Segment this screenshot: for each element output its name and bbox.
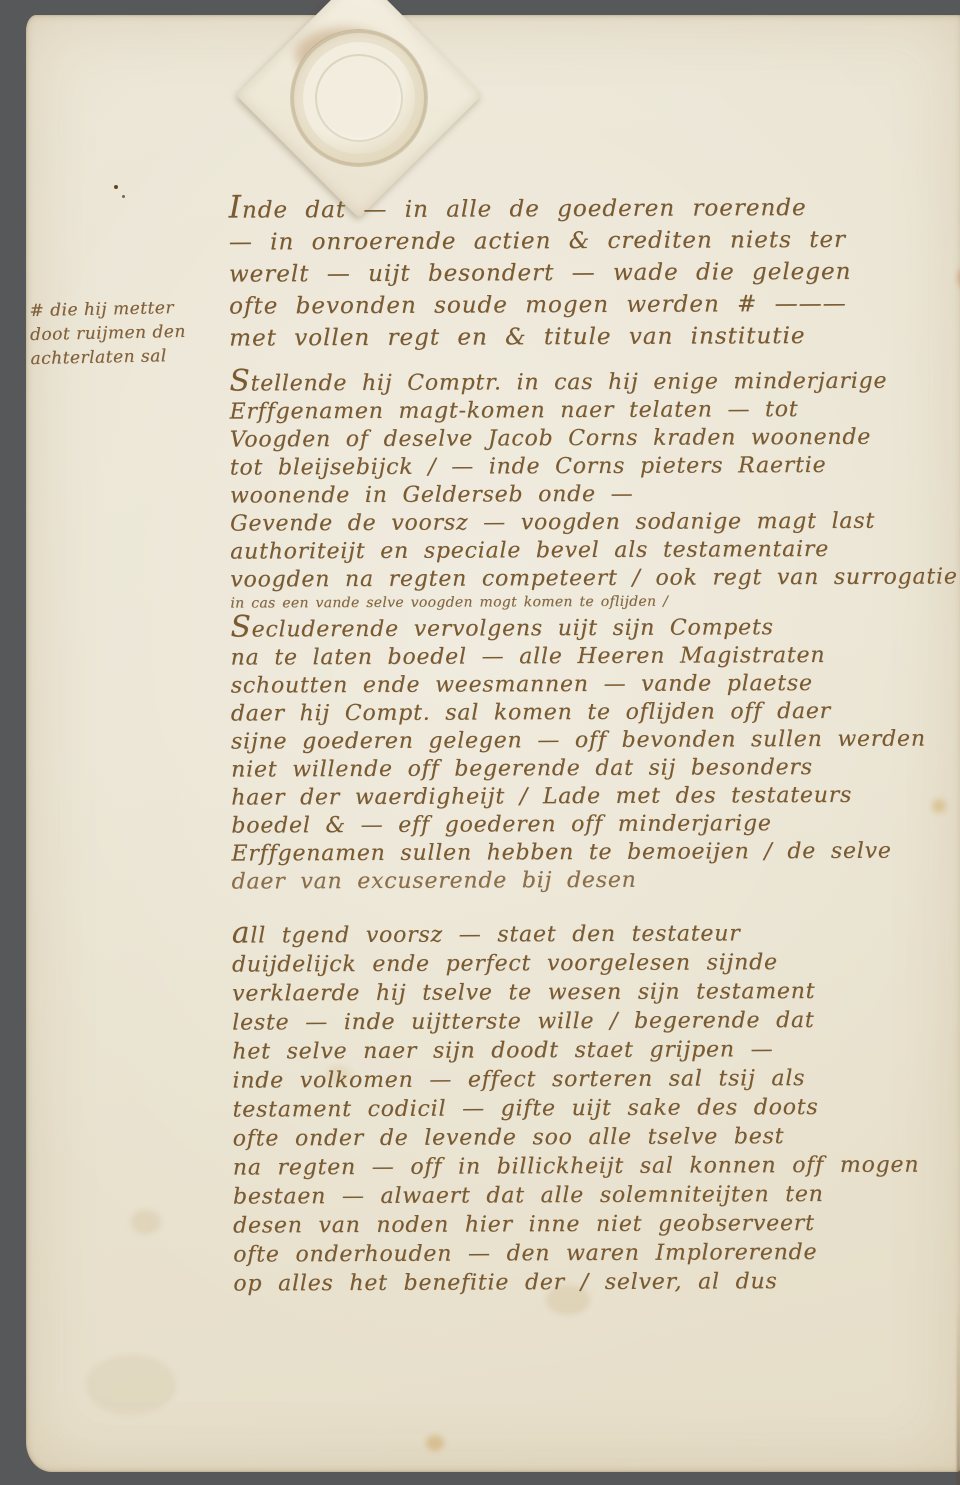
manuscript-line: haer der waerdigheijt / Lade met des tes… (231, 781, 943, 812)
manuscript-line: Gevende de voorsz — voogden sodanige mag… (230, 507, 942, 538)
manuscript-line: niet willende off begerende dat sij beso… (231, 753, 943, 784)
manuscript-line: — in onroerende actien & crediten niets … (229, 223, 941, 258)
manuscript-line: authoriteijt en speciale bevel als testa… (230, 535, 942, 566)
manuscript-line: testament codicil — gifte uijt sake des … (233, 1092, 945, 1124)
margin-note-line: achterlaten sal (30, 343, 228, 371)
manuscript-line: ofte onderhouden — den waren Implorerend… (233, 1237, 945, 1269)
scanned-manuscript: # die hij metter doot ruijmen den achter… (0, 0, 960, 1485)
manuscript-line: verklaerde hij tselve te wesen sijn test… (232, 976, 944, 1008)
manuscript-line: ofte bevonden soude mogen werden # ——— (229, 287, 941, 322)
manuscript-line: ofte onder de levende soo alle tselve be… (233, 1121, 945, 1153)
foxing-stain (86, 1355, 176, 1415)
manuscript-line: na te laten boedel — alle Heeren Magistr… (231, 641, 943, 672)
manuscript-line: sijne goederen gelegen — off bevonden su… (231, 725, 943, 756)
manuscript-line: boedel & — eff goederen off minderjarige (231, 809, 943, 840)
paragraph-3: all tgend voorsz — staet den testateur d… (232, 915, 946, 1298)
manuscript-line: met vollen regt en & titule van institut… (229, 319, 941, 354)
manuscript-line: inde volkomen — effect sorteren sal tsij… (232, 1063, 944, 1095)
manuscript-line: tot bleijsebijck / — inde Corns pieters … (230, 451, 942, 482)
foxing-stain (131, 1210, 161, 1234)
ink-speck (114, 185, 118, 189)
manuscript-line: woonende in Gelderseb onde — (230, 479, 942, 510)
manuscript-line: Inde dat — in alle de goederen roerende (229, 188, 941, 226)
manuscript-line: desen van noden hier inne niet geobserve… (233, 1208, 945, 1240)
manuscript-line-interlined: in cas een vande selve voogden mogt kome… (230, 591, 942, 613)
manuscript-line: Voogden of deselve Jacob Corns kraden wo… (230, 423, 942, 454)
manuscript-line: bestaen — alwaert dat alle solemniteijte… (233, 1179, 945, 1211)
manuscript-line: daer hij Compt. sal komen te oflijden of… (231, 697, 943, 728)
manuscript-line: schoutten ende weesmannen — vande plaets… (231, 669, 943, 700)
manuscript-line: werelt — uijt besondert — wade die geleg… (229, 255, 941, 290)
margin-note: # die hij metter doot ruijmen den achter… (29, 295, 228, 371)
manuscript-line: het selve naer sijn doodt staet grijpen … (232, 1034, 944, 1066)
manuscript-line: Erffgenamen magt-komen naer telaten — to… (229, 395, 941, 426)
manuscript-line: daer van excuserende bij desen (232, 865, 944, 896)
manuscript-line: Stellende hij Comptr. in cas hij enige m… (229, 364, 941, 398)
embossed-seal-icon (291, 30, 427, 166)
manuscript-line: voogden na regten competeert / ook regt … (230, 563, 942, 594)
paragraph-2: Stellende hij Comptr. in cas hij enige m… (229, 364, 943, 896)
manuscript-text-column: Inde dat — in alle de goederen roerende … (229, 188, 946, 1298)
manuscript-line: na regten — off in billickheijt sal konn… (233, 1150, 945, 1182)
manuscript-line: Secluderende vervolgens uijt sijn Compet… (230, 610, 942, 644)
manuscript-line: duijdelijck ende perfect voorgelesen sij… (232, 947, 944, 979)
foxing-stain (426, 1435, 444, 1451)
manuscript-line: all tgend voorsz — staet den testateur (232, 915, 944, 950)
manuscript-line: leste — inde uijtterste wille / begerend… (232, 1005, 944, 1037)
manuscript-line: Erffgenamen sullen hebben te bemoeijen /… (231, 837, 943, 868)
paragraph-1: Inde dat — in alle de goederen roerende … (229, 188, 942, 354)
ink-speck (122, 195, 125, 198)
manuscript-line: op alles het benefitie der / selver, al … (233, 1266, 945, 1298)
